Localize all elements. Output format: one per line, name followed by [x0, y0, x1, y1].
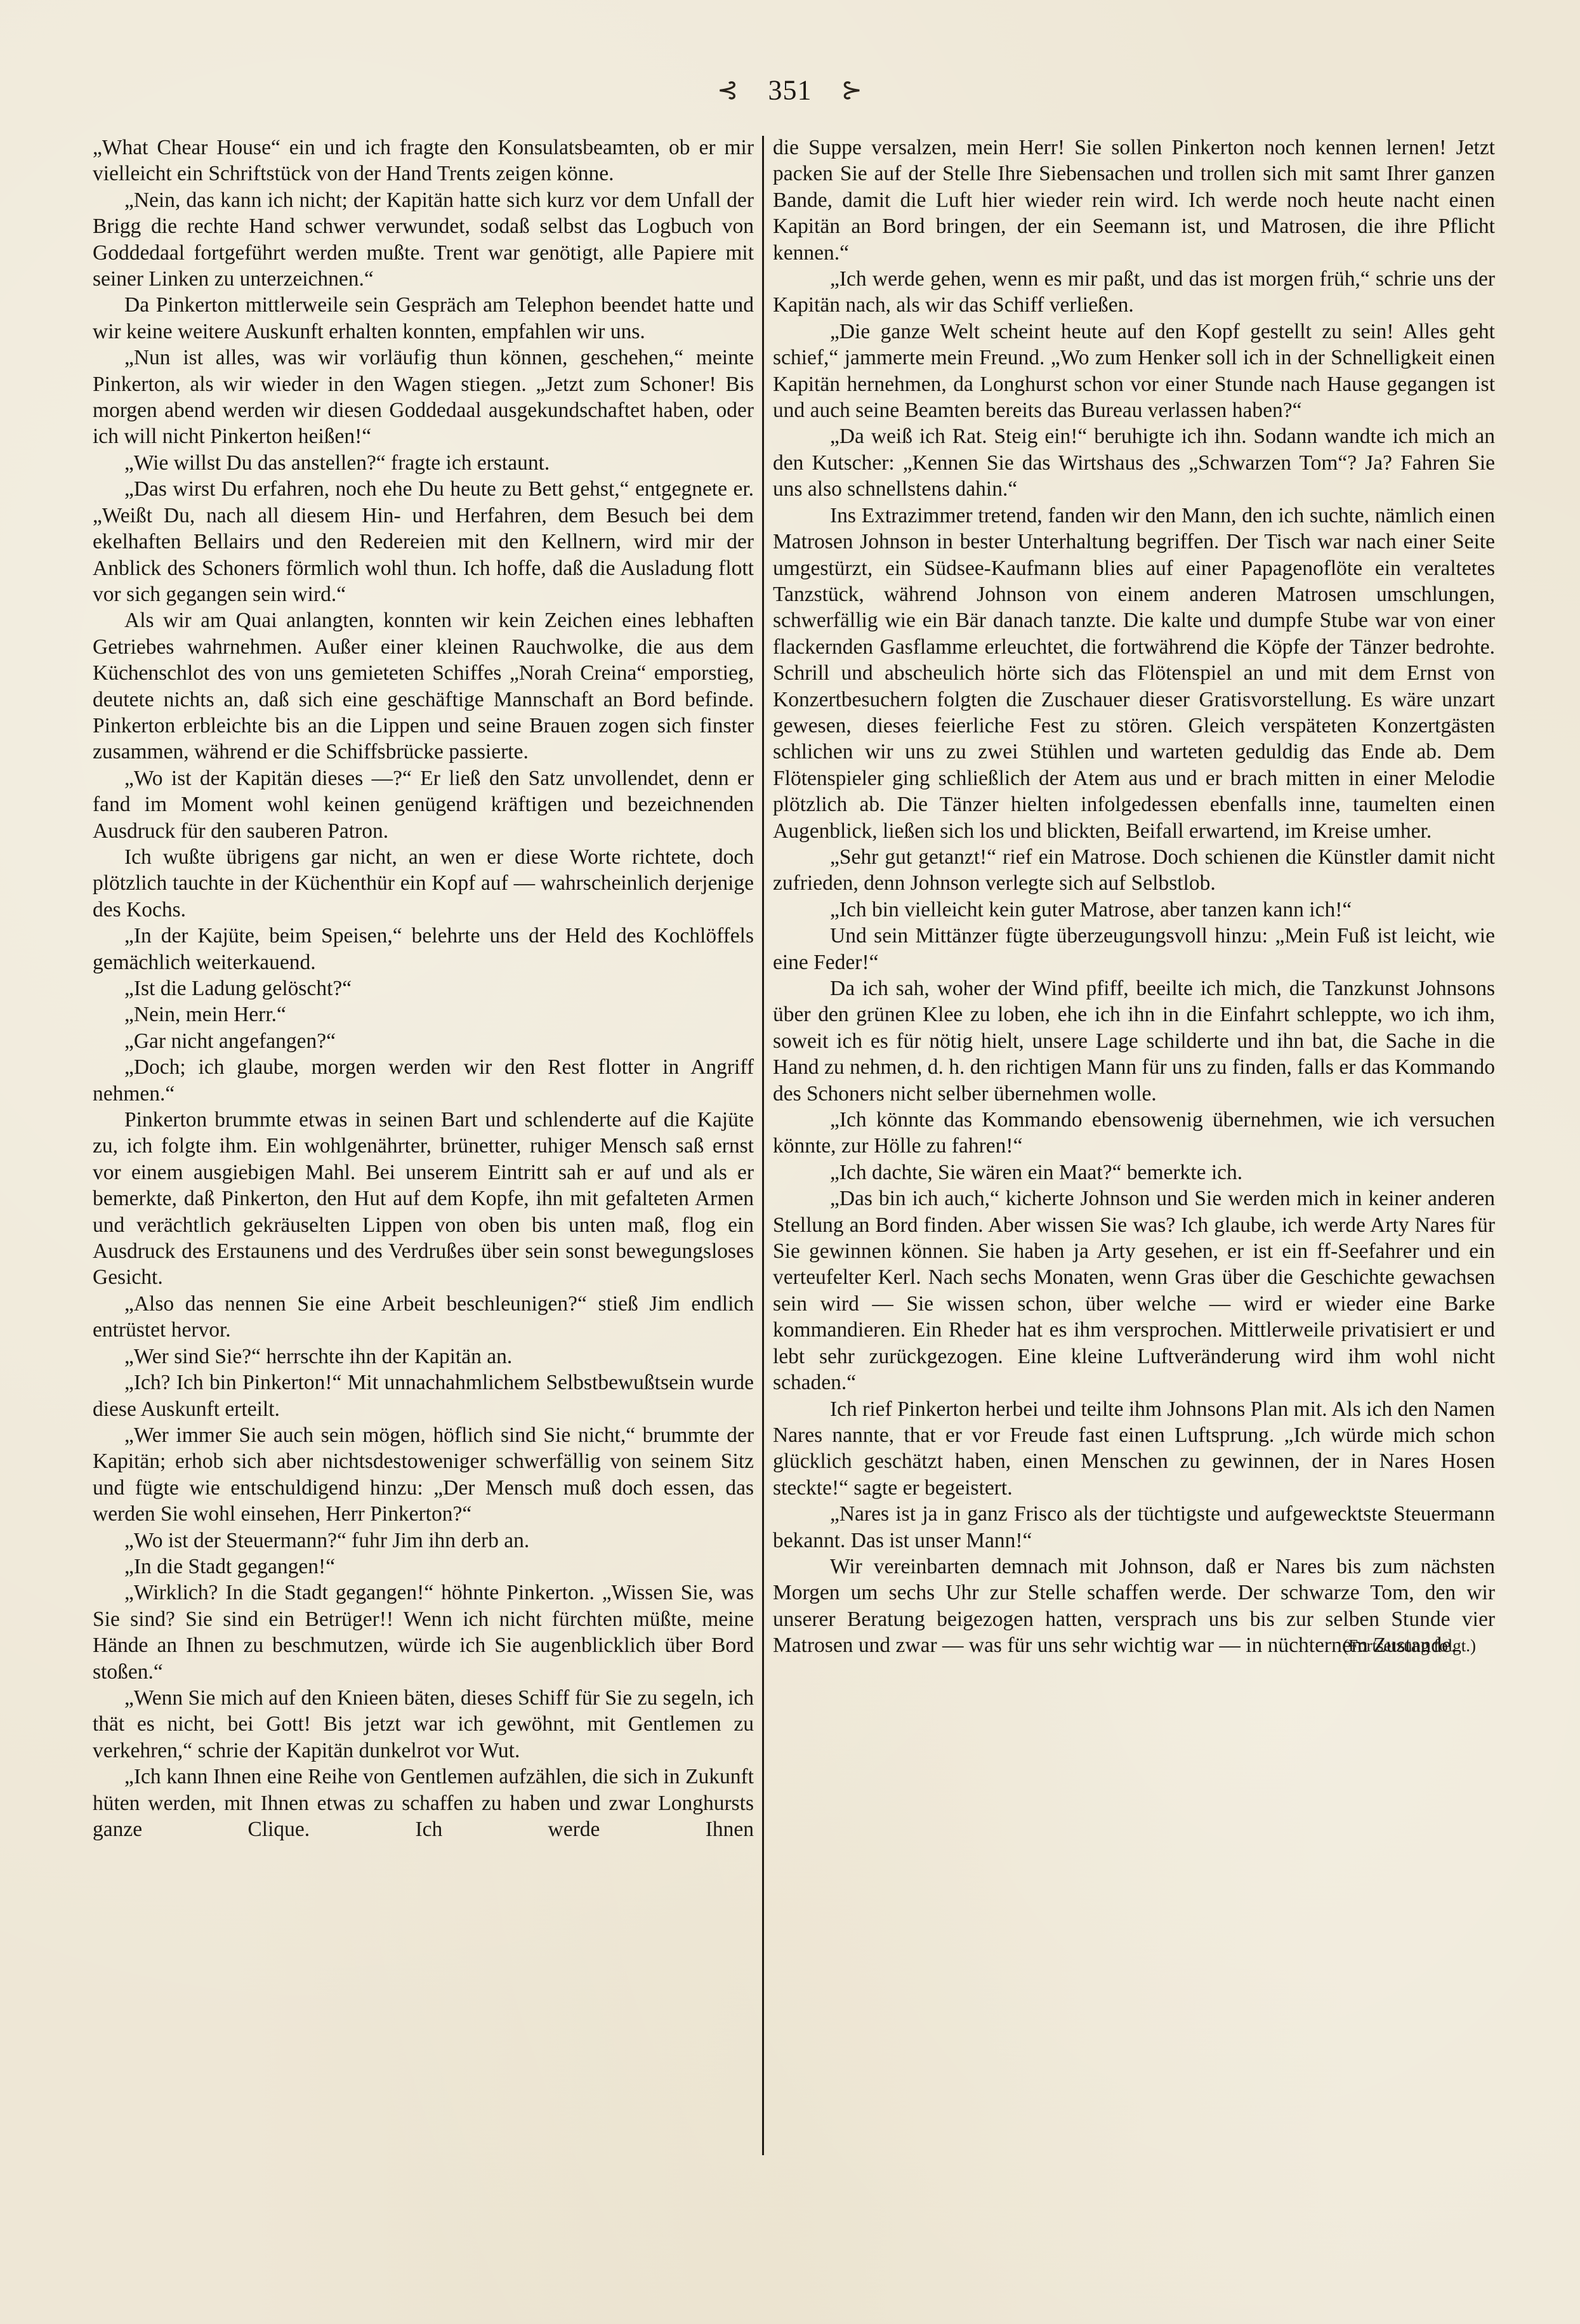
paragraph: die Suppe versalzen, mein Herr! Sie soll…	[773, 135, 1495, 266]
paragraph: „Wirklich? In die Stadt gegangen!“ höhnt…	[93, 1580, 754, 1685]
paragraph: Pinkerton brummte etwas in seinen Bart u…	[93, 1107, 754, 1291]
left-column: „What Chear House“ ein und ich fragte de…	[93, 135, 754, 1842]
paragraph: „Das bin ich auch,“ kicherte Johnson und…	[773, 1185, 1495, 1396]
paragraph: „Wer immer Sie auch sein mögen, höflich …	[93, 1422, 754, 1528]
paragraph: „Ich? Ich bin Pinkerton!“ Mit unnachahml…	[93, 1370, 754, 1422]
column-divider	[762, 136, 764, 2155]
page-number: 351	[768, 74, 812, 105]
page-header: ⊰ 351 ⊱	[0, 71, 1580, 106]
paragraph: „Gar nicht angefangen?“	[93, 1028, 754, 1054]
paragraph: „Ich könnte das Kommando ebensowenig übe…	[773, 1107, 1495, 1159]
paragraph: „Ist die Ladung gelöscht?“	[93, 975, 754, 1001]
paragraph: Da Pinkerton mittlerweile sein Gespräch …	[93, 292, 754, 345]
paragraph: „Nein, das kann ich nicht; der Kapitän h…	[93, 187, 754, 293]
paragraph: „Sehr gut getanzt!“ rief ein Matrose. Do…	[773, 844, 1495, 897]
paragraph: „Ich werde gehen, wenn es mir paßt, und …	[773, 266, 1495, 319]
ornament-right-icon: ⊱	[841, 75, 864, 105]
paragraph: Und sein Mittänzer fügte überzeugungsvol…	[773, 923, 1495, 975]
paragraph: „Nares ist ja in ganz Frisco als der tüc…	[773, 1501, 1495, 1554]
paragraph: „Ich dachte, Sie wären ein Maat?“ bemerk…	[773, 1159, 1495, 1185]
paragraph: Ich rief Pinkerton herbei und teilte ihm…	[773, 1396, 1495, 1502]
right-column: die Suppe versalzen, mein Herr! Sie soll…	[773, 135, 1495, 1659]
paragraph: „In der Kajüte, beim Speisen,“ belehrte …	[93, 923, 754, 975]
paragraph: „Wie willst Du das anstellen?“ fragte ic…	[93, 450, 754, 476]
paragraph: „Ich kann Ihnen eine Reihe von Gentlemen…	[93, 1764, 754, 1842]
paragraph: „Die ganze Welt scheint heute auf den Ko…	[773, 319, 1495, 424]
paragraph: „Nun ist alles, was wir vorläufig thun k…	[93, 345, 754, 450]
paragraph: Als wir am Quai anlangten, konnten wir k…	[93, 607, 754, 765]
paragraph: „Wo ist der Steuermann?“ fuhr Jim ihn de…	[93, 1528, 754, 1554]
paragraph: „Wer sind Sie?“ herrschte ihn der Kapitä…	[93, 1344, 754, 1370]
paragraph: Da ich sah, woher der Wind pfiff, beeilt…	[773, 975, 1495, 1107]
paragraph: „What Chear House“ ein und ich fragte de…	[93, 135, 754, 187]
paragraph: „Wenn Sie mich auf den Knieen bäten, die…	[93, 1685, 754, 1764]
paragraph: „In die Stadt gegangen!“	[93, 1554, 754, 1580]
ornament-left-icon: ⊰	[717, 75, 739, 105]
paragraph: „Also das nennen Sie eine Arbeit beschle…	[93, 1291, 754, 1344]
paragraph: „Da weiß ich Rat. Steig ein!“ beruhigte …	[773, 423, 1495, 502]
paragraph: „Ich bin vielleicht kein guter Matrose, …	[773, 897, 1495, 923]
paragraph: Ins Extrazimmer tretend, fanden wir den …	[773, 503, 1495, 844]
paragraph: „Doch; ich glaube, morgen werden wir den…	[93, 1054, 754, 1107]
paragraph: „Das wirst Du erfahren, noch ehe Du heut…	[93, 476, 754, 607]
paragraph: „Wo ist der Kapitän dieses —?“ Er ließ d…	[93, 765, 754, 844]
paragraph: „Nein, mein Herr.“	[93, 1001, 754, 1027]
paragraph: Ich wußte übrigens gar nicht, an wen er …	[93, 844, 754, 923]
